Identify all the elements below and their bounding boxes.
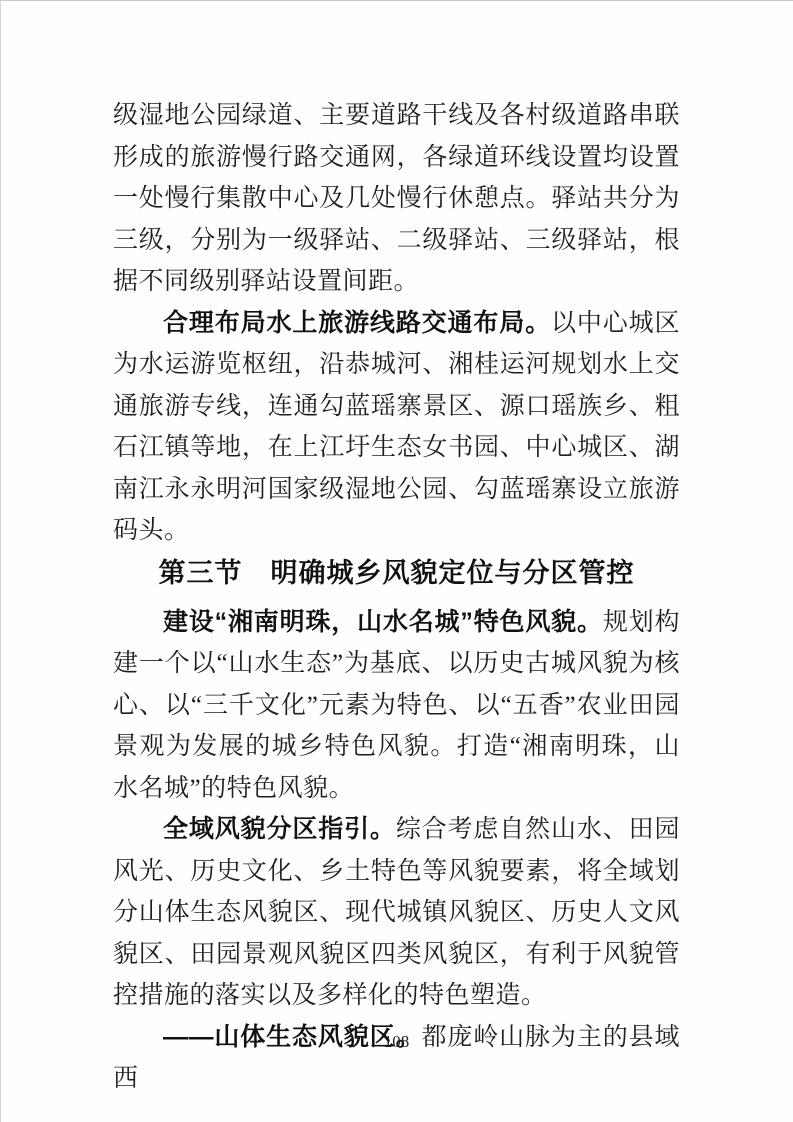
scan-artifact-top-edge (0, 0, 793, 1)
paragraph-style-zoning-guidance: 全域风貌分区指引。综合考虑自然山水、田园风光、历史文化、乡土特色等风貌要素，将全… (113, 809, 680, 1017)
paragraph-body-text: 以中心城区为水运游览枢纽，沿恭城河、湘桂运河规划水上交通旅游专线，连通勾蓝瑶寨景… (113, 310, 680, 545)
paragraph-lead-bold: 建设“湘南明珠，山水名城”特色风貌。 (163, 608, 603, 636)
paragraph-greenway-slow-traffic: 级湿地公园绿道、主要道路干线及各村级道路串联形成的旅游慢行路交通网，各绿道环线设… (113, 95, 680, 303)
page-number: 108 (384, 1032, 410, 1051)
paragraph-mountain-eco-style-zone: ——山体生态风貌区。都庞岭山脉为主的县域西 (113, 1017, 680, 1100)
scan-artifact-left-edge (0, 0, 1, 1122)
paragraph-body-text: 规划构建一个以“山水生态”为基底、以历史古城风貌为核心、以“三千文化”元素为特色… (113, 609, 680, 802)
paragraph-lead-bold: 合理布局水上旅游线路交通布局。 (163, 309, 551, 337)
section-heading: 第三节 明确城乡风貌定位与分区管控 (113, 552, 680, 594)
paragraph-body-text: 级湿地公园绿道、主要道路干线及各村级道路串联形成的旅游慢行路交通网，各绿道环线设… (113, 102, 680, 295)
paragraph-character-style-positioning: 建设“湘南明珠，山水名城”特色风貌。规划构建一个以“山水生态”为基底、以历史古城… (113, 602, 680, 810)
paragraph-lead-bold: 全域风貌分区指引。 (163, 815, 396, 843)
page-content: 级湿地公园绿道、主要道路干线及各村级道路串联形成的旅游慢行路交通网，各绿道环线设… (113, 95, 680, 1100)
paragraph-body-text: 综合考虑自然山水、田园风光、历史文化、乡土特色等风貌要素，将全域划分山体生态风貌… (113, 816, 680, 1009)
document-page: 级湿地公园绿道、主要道路干线及各村级道路串联形成的旅游慢行路交通网，各绿道环线设… (0, 0, 793, 1122)
page-footer: 108 (0, 1032, 793, 1052)
paragraph-water-tourism-routes: 合理布局水上旅游线路交通布局。以中心城区为水运游览枢纽，沿恭城河、湘桂运河规划水… (113, 303, 680, 552)
